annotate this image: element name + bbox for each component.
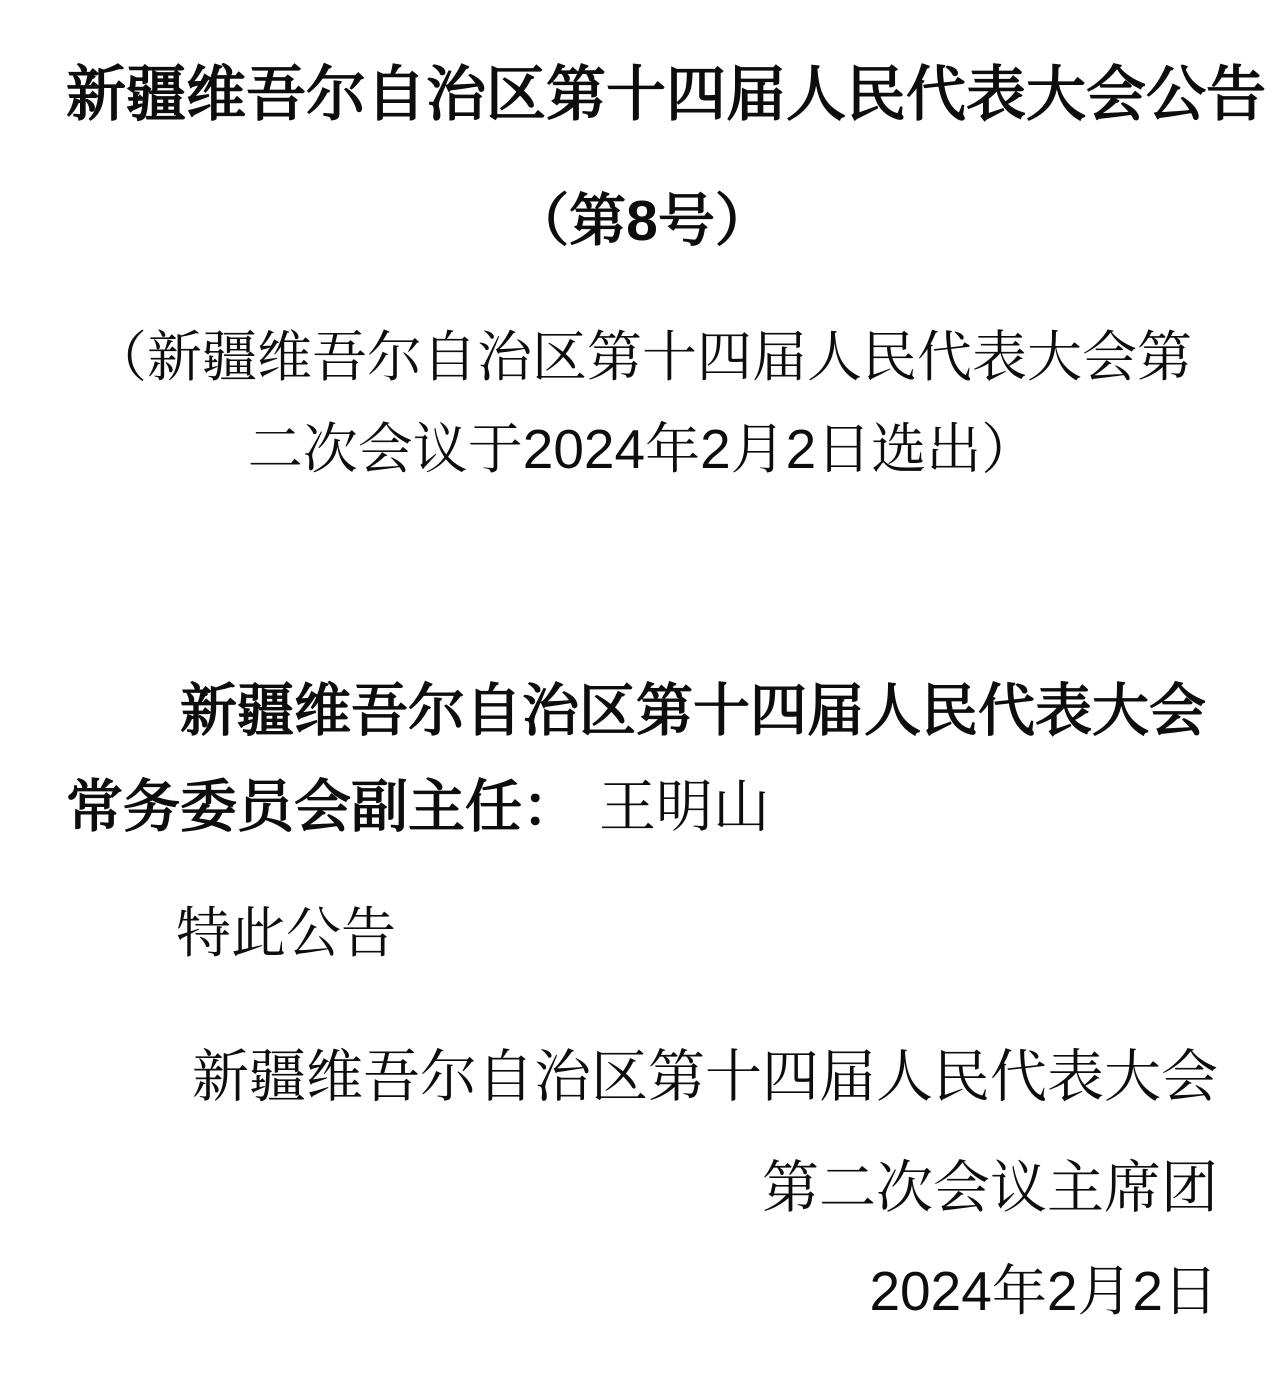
position-label: 常务委员会副主任：	[66, 775, 579, 839]
signature-line2: 第二次会议主席团	[66, 1154, 1218, 1222]
signature-line1: 新疆维吾尔自治区第十四届人民代表大会	[66, 1043, 1218, 1111]
announcement-document: 新疆维吾尔自治区第十四届人民代表大会公告 （第8号） （新疆维吾尔自治区第十四届…	[0, 0, 1284, 1396]
signature-date: 2024年2月2日	[66, 1258, 1218, 1324]
body-line1: 新疆维吾尔自治区第十四届人民代表大会	[66, 677, 1218, 745]
closing-statement: 特此公告	[66, 900, 1218, 966]
body-line2: 常务委员会副主任：王明山	[66, 773, 1218, 841]
document-title: 新疆维吾尔自治区第十四届人民代表大会公告	[66, 59, 1218, 131]
election-note-line1: （新疆维吾尔自治区第十四届人民代表大会第	[66, 324, 1218, 390]
issue-number: （第8号）	[66, 187, 1218, 255]
elected-name: 王明山	[599, 775, 770, 839]
election-note-line2: 二次会议于2024年2月2日选出）	[66, 416, 1218, 482]
